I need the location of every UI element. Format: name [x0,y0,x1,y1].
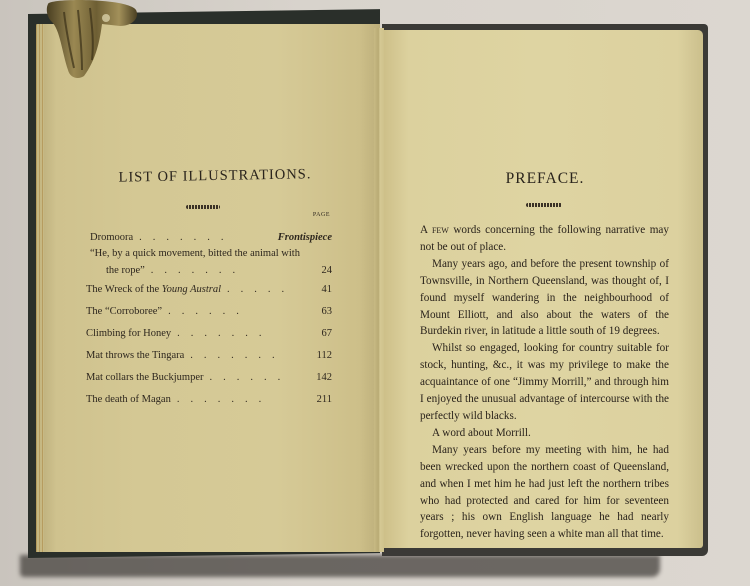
paragraph: A few words concerning the following nar… [420,222,669,256]
preface-body: A few words concerning the following nar… [420,222,669,543]
list-item: “He, by a quick movement, bitted the ani… [86,248,332,259]
paragraph: Many years before my meeting with him, h… [420,442,669,543]
paragraph: Whilst so engaged, looking for country s… [420,340,669,425]
leader-dots: ..... [221,284,321,295]
paragraph: A word about Morrill. [420,425,669,442]
list-item: Climbing for Honey ....... 67 [86,328,332,339]
leader-dots: ....... [184,350,316,361]
leader-dots: ....... [171,394,317,405]
page-column-label: PAGE [313,212,330,218]
ornament-divider [526,203,562,207]
book-shadow [20,555,660,577]
brass-hand-clip-icon [40,0,140,78]
paragraph: Many years ago, and before the present t… [420,256,669,341]
leader-dots: ...... [162,306,321,317]
leader-dots: ....... [171,328,321,339]
preface-heading: PREFACE. [470,170,620,188]
list-item: The Wreck of the Young Austral ..... 41 [86,284,332,295]
leader-dots: ....... [145,265,322,276]
book-gutter [374,28,384,552]
list-item: Mat collars the Buckjumper ...... 142 [86,372,332,383]
leader-dots: ....... [133,232,278,243]
list-item: the rope” ....... 24 [86,265,332,276]
list-item: Dromoora ....... Frontispiece [86,232,332,243]
leader-dots: ...... [204,372,317,383]
ornament-divider [186,205,220,209]
list-item: Mat throws the Tingara ....... 112 [86,350,332,361]
list-item: The “Corroboree” ...... 63 [86,306,332,317]
list-item: The death of Magan ....... 211 [86,394,332,405]
